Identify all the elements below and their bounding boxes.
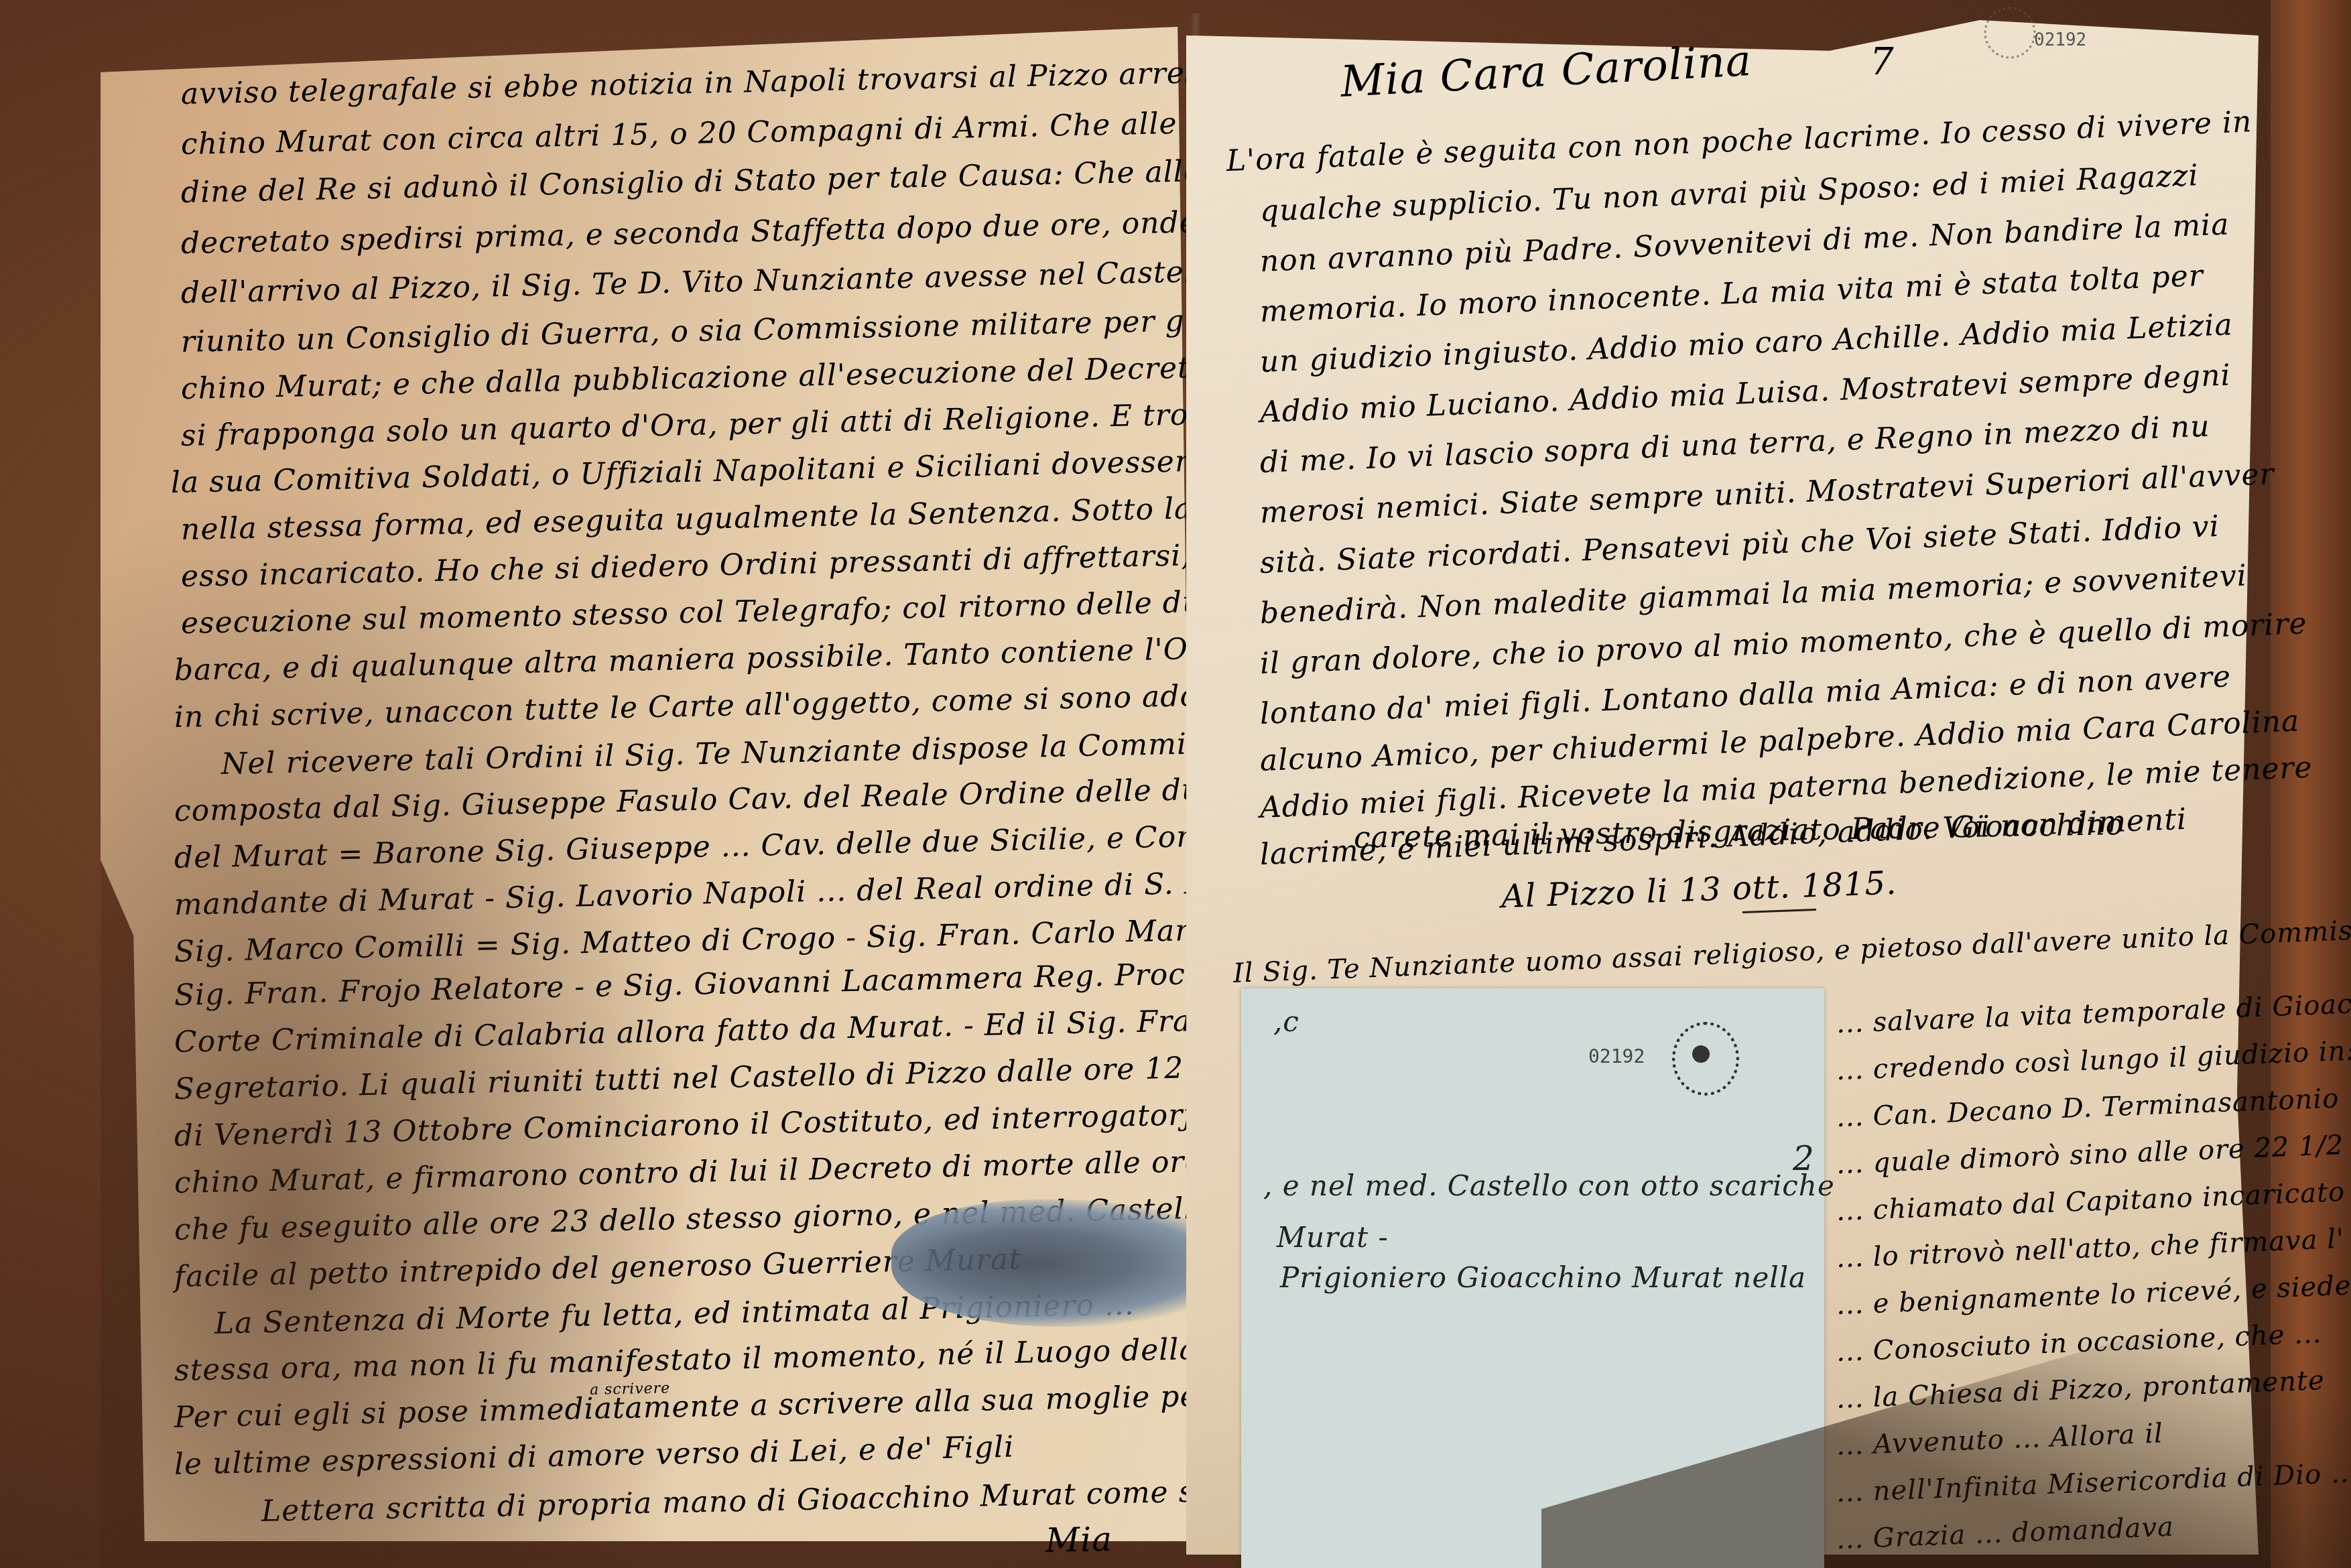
note-line: Prigioniero Gioacchino Murat nella xyxy=(1280,1261,1806,1294)
note-archive-number: 02192 xyxy=(1588,1045,1645,1067)
note-line: , e nel med. Castello con otto scariche xyxy=(1263,1169,1835,1202)
note-line: Murat - xyxy=(1277,1221,1389,1254)
manuscript-photo: avviso telegrafale si ebbe notizia in Na… xyxy=(0,0,2351,1568)
page-mark: 7 xyxy=(1870,40,1895,84)
page-catchword: Mia xyxy=(1045,1520,1113,1560)
stamp-center-icon xyxy=(1692,1045,1710,1063)
archive-number: 02192 xyxy=(2034,30,2086,50)
note-corner-mark: ,c xyxy=(1273,1005,1299,1038)
interlinear-note: a scrivere xyxy=(590,1380,671,1398)
archive-stamp-icon xyxy=(1984,7,2036,59)
